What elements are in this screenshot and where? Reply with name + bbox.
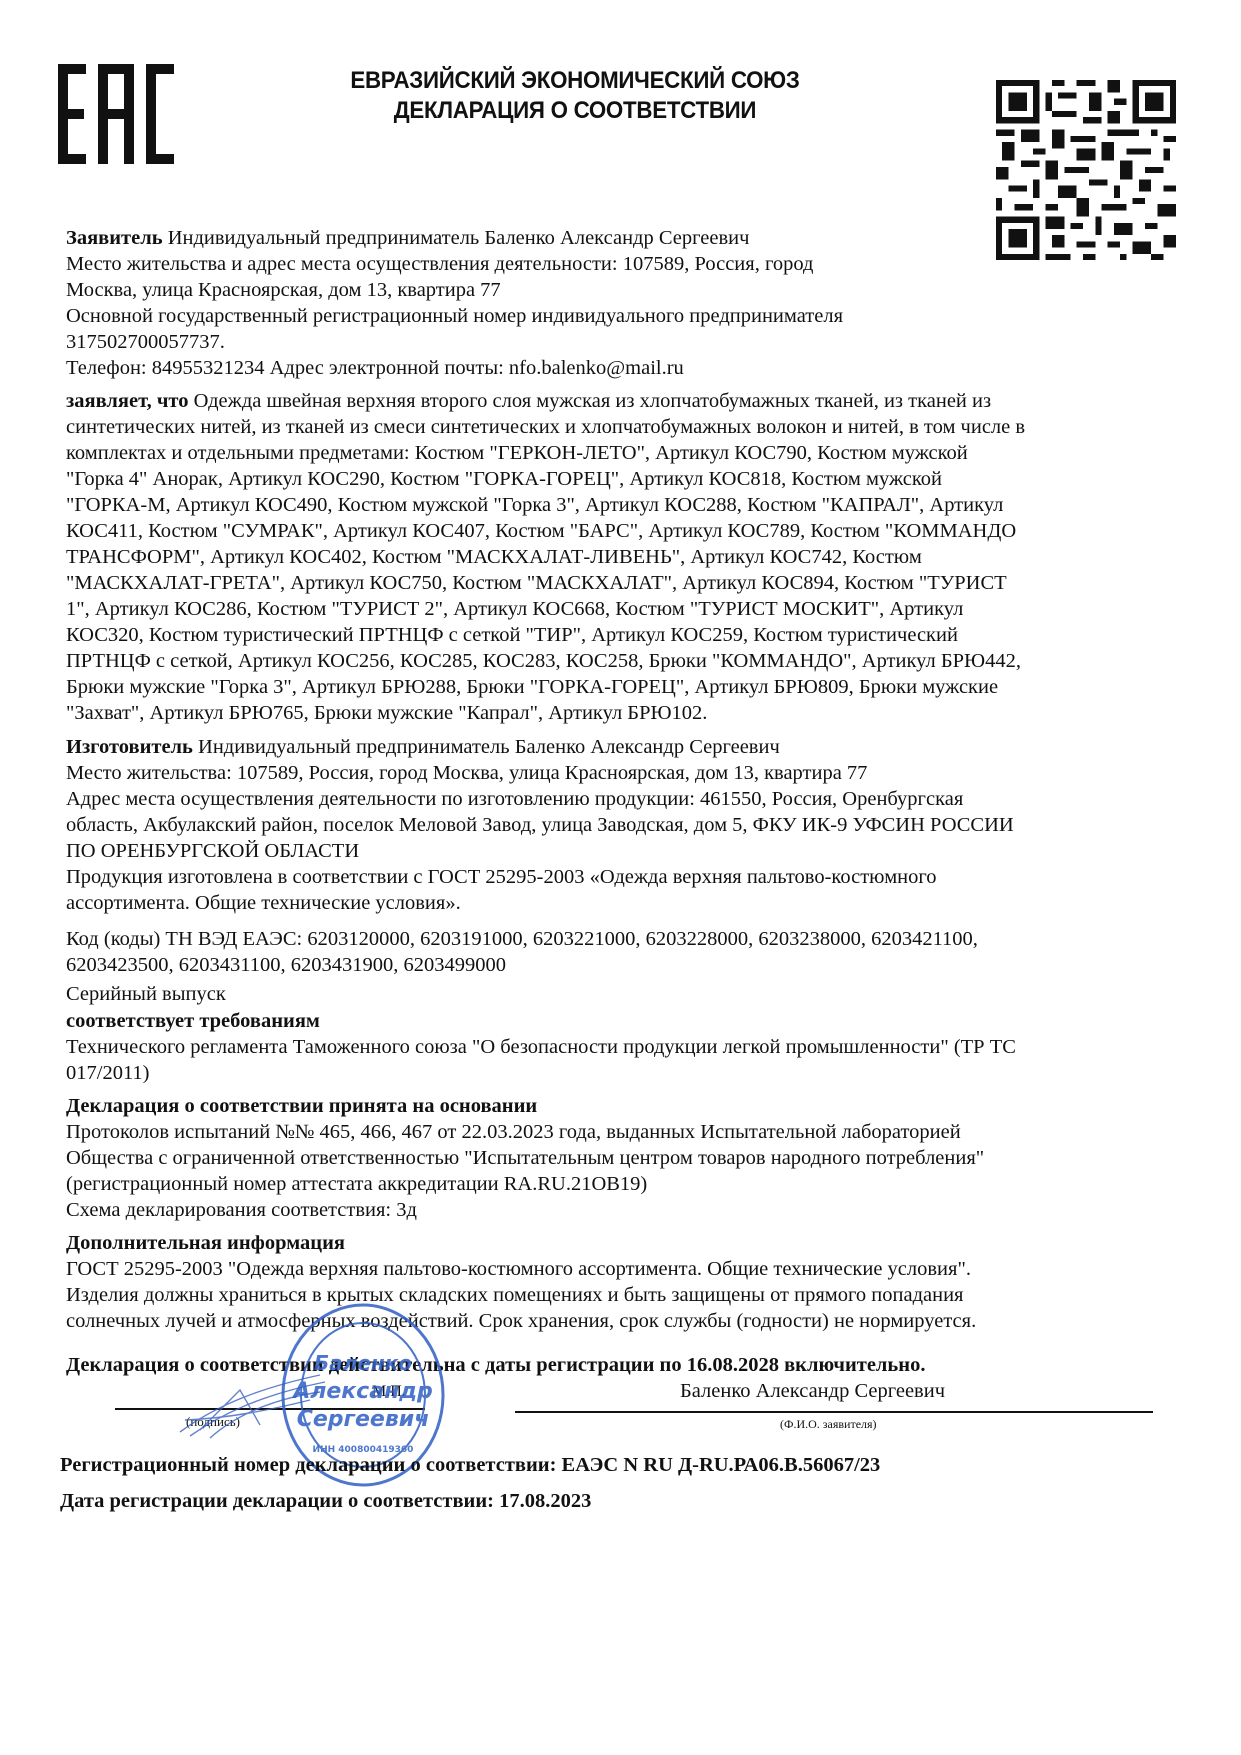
name-caption: (Ф.И.О. заявителя) bbox=[780, 1417, 877, 1432]
additional-line-3: солнечных лучей и атмосферных воздействи… bbox=[66, 1308, 1146, 1334]
declares-line: КОС320, Костюм туристический ПРТНЦФ с се… bbox=[66, 622, 1146, 648]
applicant-name: Индивидуальный предприниматель Баленко А… bbox=[163, 227, 750, 249]
signature-caption: (подпись) bbox=[186, 1414, 240, 1430]
stamp-patronymic: Сергеевич bbox=[297, 1407, 430, 1432]
declares-line: комплектах и отдельными предметами: Кост… bbox=[66, 440, 1146, 466]
declares-line: ПРТНЦФ с сеткой, Артикул КОС256, КОС285,… bbox=[66, 648, 1146, 674]
basis-label: Декларация о соответствии принята на осн… bbox=[66, 1093, 1146, 1119]
additional-label: Дополнительная информация bbox=[66, 1230, 1146, 1256]
codes-line-2: 6203423500, 6203431100, 6203431900, 6203… bbox=[66, 952, 1146, 978]
applicant-section: Заявитель Индивидуальный предприниматель… bbox=[66, 225, 1146, 381]
serial-text: Серийный выпуск bbox=[66, 981, 1146, 1007]
manufacturer-production-3: ПО ОРЕНБУРГСКОЙ ОБЛАСТИ bbox=[66, 838, 1146, 864]
declares-line: "Горка 4" Анорак, Артикул КОС290, Костюм… bbox=[66, 466, 1146, 492]
basis-section: Декларация о соответствии принята на осн… bbox=[66, 1093, 1146, 1223]
applicant-label: Заявитель bbox=[66, 227, 163, 249]
basis-line-3: (регистрационный номер аттестата аккреди… bbox=[66, 1171, 1146, 1197]
applicant-ogrn-1: Основной государственный регистрационный… bbox=[66, 303, 1146, 329]
declares-line: КОС411, Костюм "СУМРАК", Артикул КОС407,… bbox=[66, 518, 1146, 544]
manufacturer-section: Изготовитель Индивидуальный предпринимат… bbox=[66, 734, 1146, 916]
codes-line-1: Код (коды) ТН ВЭД ЕАЭС: 6203120000, 6203… bbox=[66, 926, 1146, 952]
declares-line: Брюки мужские "Горка 3", Артикул БРЮ288,… bbox=[66, 674, 1146, 700]
title-declaration: ДЕКЛАРАЦИЯ О СООТВЕТСТВИИ bbox=[273, 96, 878, 126]
basis-scheme: Схема декларирования соответствия: 3д bbox=[66, 1197, 1146, 1223]
basis-line-2: Общества с ограниченной ответственностью… bbox=[66, 1145, 1146, 1171]
declares-line: ТРАНСФОРМ", Артикул КОС402, Костюм "МАСК… bbox=[66, 544, 1146, 570]
eac-logo-icon bbox=[58, 64, 174, 164]
manufacturer-label: Изготовитель bbox=[66, 736, 193, 758]
applicant-address-1: Место жительства и адрес места осуществл… bbox=[66, 251, 1146, 277]
name-line bbox=[515, 1411, 1153, 1413]
conforms-label: соответствует требованиям bbox=[66, 1008, 1146, 1034]
applicant-address-2: Москва, улица Красноярская, дом 13, квар… bbox=[66, 277, 1146, 303]
declares-line: синтетических нитей, из тканей из смеси … bbox=[66, 414, 1146, 440]
manufacturer-production-2: область, Акбулакский район, поселок Мело… bbox=[66, 812, 1146, 838]
additional-line-1: ГОСТ 25295-2003 "Одежда верхняя пальтово… bbox=[66, 1256, 1146, 1282]
validity-text: Декларация о соответствии действительна … bbox=[66, 1352, 1146, 1378]
declares-line: "ГОРКА-М, Артикул КОС490, Костюм мужской… bbox=[66, 492, 1146, 518]
declares-line: "Захват", Артикул БРЮ765, Брюки мужские … bbox=[66, 700, 1146, 726]
manufacturer-production-1: Адрес места осуществления деятельности п… bbox=[66, 786, 1146, 812]
declares-section: заявляет, что Одежда швейная верхняя вто… bbox=[66, 388, 1146, 726]
signature-line bbox=[115, 1408, 425, 1410]
tnved-codes: Код (коды) ТН ВЭД ЕАЭС: 6203120000, 6203… bbox=[66, 926, 1146, 978]
declares-line: Одежда швейная верхняя второго слоя мужс… bbox=[188, 390, 991, 412]
basis-line-1: Протоколов испытаний №№ 465, 466, 467 от… bbox=[66, 1119, 1146, 1145]
declares-label: заявляет, что bbox=[66, 390, 188, 412]
conforms-line-2: 017/2011) bbox=[66, 1060, 1146, 1086]
manufacturer-residence: Место жительства: 107589, Россия, город … bbox=[66, 760, 1146, 786]
conforms-line-1: Технического регламента Таможенного союз… bbox=[66, 1034, 1146, 1060]
manufacturer-standard-2: ассортимента. Общие технические условия»… bbox=[66, 890, 1146, 916]
serial-release: Серийный выпуск bbox=[66, 981, 1146, 1007]
seal-place-label: М.П. bbox=[372, 1383, 406, 1401]
applicant-contacts: Телефон: 84955321234 Адрес электронной п… bbox=[66, 355, 1146, 381]
manufacturer-name: Индивидуальный предприниматель Баленко А… bbox=[193, 736, 780, 758]
title-union: ЕВРАЗИЙСКИЙ ЭКОНОМИЧЕСКИЙ СОЮЗ bbox=[273, 66, 878, 96]
registration-number: Регистрационный номер декларации о соотв… bbox=[60, 1454, 880, 1477]
additional-info-section: Дополнительная информация ГОСТ 25295-200… bbox=[66, 1230, 1146, 1334]
additional-line-2: Изделия должны храниться в крытых складс… bbox=[66, 1282, 1146, 1308]
applicant-ogrn-2: 317502700057737. bbox=[66, 329, 1146, 355]
validity-statement: Декларация о соответствии действительна … bbox=[66, 1352, 1146, 1378]
stamp-first-name: Александр bbox=[291, 1379, 433, 1404]
applicant-signature-name: Баленко Александр Сергеевич bbox=[680, 1380, 945, 1403]
manufacturer-standard-1: Продукция изготовлена в соответствии с Г… bbox=[66, 864, 1146, 890]
conforms-section: соответствует требованиям Технического р… bbox=[66, 1008, 1146, 1086]
declares-line: 1", Артикул КОС286, Костюм "ТУРИСТ 2", А… bbox=[66, 596, 1146, 622]
registration-date: Дата регистрации декларации о соответств… bbox=[60, 1490, 591, 1513]
document-title: ЕВРАЗИЙСКИЙ ЭКОНОМИЧЕСКИЙ СОЮЗ ДЕКЛАРАЦИ… bbox=[273, 66, 878, 126]
declares-line: "МАСКХАЛАТ-ГРЕТА", Артикул КОС750, Костю… bbox=[66, 570, 1146, 596]
